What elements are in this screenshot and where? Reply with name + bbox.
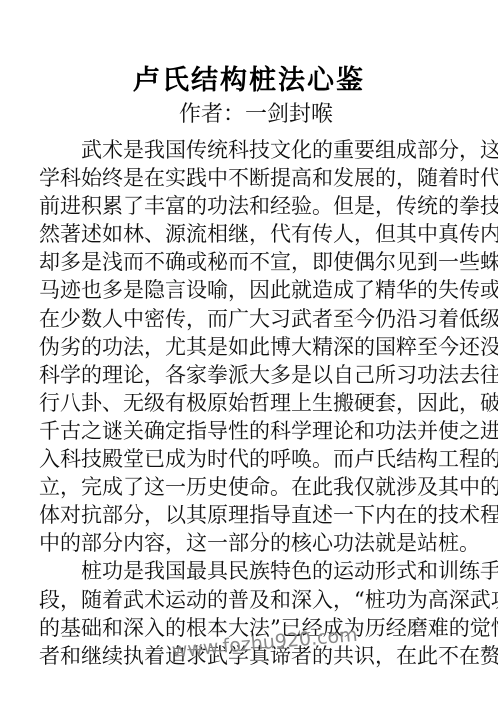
document-title: 卢氏结构桩法心鉴 bbox=[0, 64, 498, 98]
text-line: 马迹也多是隐言设喻，因此就造成了精华的失传或只 bbox=[39, 276, 461, 304]
document-body: 武术是我国传统科技文化的重要组成部分，这一 学科始终是在实践中不断提高和发展的，… bbox=[39, 136, 461, 670]
document-author: 作者：一剑封喉 bbox=[0, 100, 498, 130]
text-line: 然著述如林、源流相继，代有传人，但其中真传内蕴 bbox=[39, 220, 461, 248]
text-line: 前进积累了丰富的功法和经验。但是，传统的拳技虽 bbox=[39, 192, 461, 220]
text-line: 段，随着武术运动的普及和深入，“桩功为高深武功 bbox=[39, 586, 461, 614]
text-line: 中的部分内容，这一部分的核心功法就是站桩。 bbox=[39, 529, 461, 557]
text-line: 桩功是我国最具民族特色的运动形式和训练手 bbox=[39, 557, 461, 585]
text-line: 体对抗部分，以其原理指导直述一下内在的技术程序 bbox=[39, 501, 461, 529]
text-line: 入科技殿堂已成为时代的呼唤。而卢氏结构工程的确 bbox=[39, 445, 461, 473]
text-line: 在少数人中密传，而广大习武者至今仍沿习着低级或 bbox=[39, 305, 461, 333]
text-line: 武术是我国传统科技文化的重要组成部分，这一 bbox=[39, 136, 461, 164]
text-line: 行八卦、无级有极原始哲理上生搬硬套，因此，破解 bbox=[39, 389, 461, 417]
text-line: 伪劣的功法，尤其是如此博大精深的国粹至今还没有 bbox=[39, 333, 461, 361]
text-line: 学科始终是在实践中不断提高和发展的，随着时代的 bbox=[39, 164, 461, 192]
text-line: 却多是浅而不确或秘而不宣，即使偶尔见到一些蛛丝 bbox=[39, 248, 461, 276]
text-line: 千古之谜关确定指导性的科学理论和功法并使之进 bbox=[39, 417, 461, 445]
text-line: 立，完成了这一历史使命。在此我仅就涉及其中的人 bbox=[39, 473, 461, 501]
text-line: 科学的理论，各家拳派大多是以自己所习功法去往五 bbox=[39, 361, 461, 389]
